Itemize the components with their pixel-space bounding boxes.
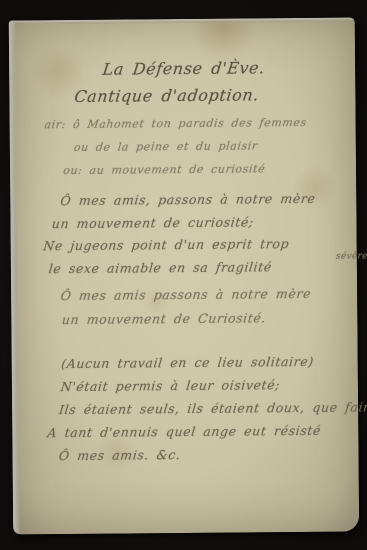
manuscript-line: A tant d'ennuis quel ange eut résisté bbox=[46, 418, 357, 444]
manuscript-line: N'était permis à leur oisiveté; bbox=[59, 372, 362, 398]
manuscript-line: un mouvement de curiosité; bbox=[51, 210, 360, 235]
page-title: La Défense d'Ève. bbox=[9, 53, 358, 83]
manuscript-page: La Défense d'Ève. Cantique d'adoption. a… bbox=[9, 18, 359, 535]
photo-background: La Défense d'Ève. Cantique d'adoption. a… bbox=[0, 0, 367, 550]
manuscript-line: le sexe aimable en sa fragilité bbox=[48, 255, 355, 280]
air-line: ou: au mouvement de curiosité bbox=[62, 157, 355, 183]
manuscript-line: Ô mes amis, passons à notre mère bbox=[59, 187, 362, 212]
air-block: air: ô Mahomet ton paradis des femmes ou… bbox=[6, 110, 360, 182]
air-line: air: ô Mahomet ton paradis des femmes bbox=[43, 110, 360, 136]
manuscript-line: Ils étaient seuls, ils étaient doux, que… bbox=[58, 395, 360, 421]
page-subtitle: Cantique d'adoption. bbox=[0, 80, 355, 110]
refrain-block: Ô mes amis passons à notre mère un mouve… bbox=[9, 281, 360, 332]
manuscript-line: (Aucun travail en ce lieu solitaire) bbox=[60, 349, 365, 375]
manuscript-line: Ne jugeons point d'un esprit trop sévère bbox=[42, 232, 357, 257]
manuscript-line: Ô mes amis. &c. bbox=[58, 442, 355, 468]
air-line: ou de la peine et du plaisir bbox=[73, 133, 358, 158]
stanza-2: (Aucun travail en ce lieu solitaire) N'é… bbox=[6, 349, 365, 467]
title-block: La Défense d'Ève. Cantique d'adoption. bbox=[6, 53, 358, 110]
manuscript-line: un mouvement de Curiosité. bbox=[61, 305, 358, 332]
stanza-1: Ô mes amis, passons à notre mère un mouv… bbox=[6, 187, 362, 280]
manuscript-line: Ô mes amis passons à notre mère bbox=[59, 281, 360, 308]
manuscript-line-text: Ne jugeons point d'un esprit trop bbox=[43, 236, 290, 253]
